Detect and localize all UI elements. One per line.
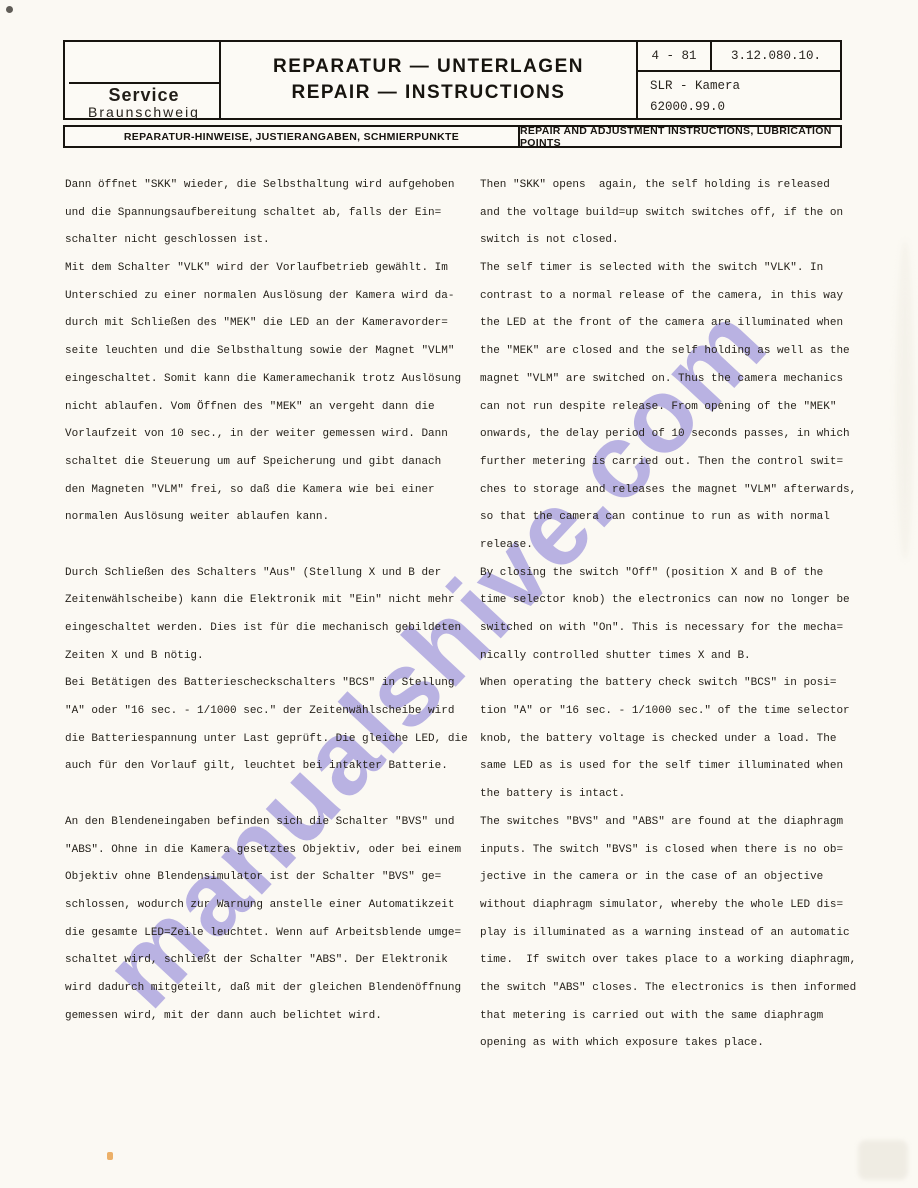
text-line: durch mit Schließen des "MEK" die LED an… bbox=[65, 310, 471, 338]
text-line: nicht ablaufen. Vom Öffnen des "MEK" an … bbox=[65, 394, 471, 422]
text-line: The self timer is selected with the swit… bbox=[480, 255, 886, 283]
text-line: Unterschied zu einer normalen Auslösung … bbox=[65, 283, 471, 311]
subheader-german: REPARATUR-HINWEISE, JUSTIERANGABEN, SCHM… bbox=[65, 127, 520, 146]
service-label: Service bbox=[69, 86, 219, 105]
text-line: same LED as is used for the self timer i… bbox=[480, 753, 886, 781]
text-line: play is illuminated as a warning instead… bbox=[480, 920, 886, 948]
product-name: SLR - Kamera bbox=[650, 76, 840, 97]
product-info: SLR - Kamera 62000.99.0 bbox=[638, 72, 840, 118]
text-line: seite leuchten und die Selbsthaltung sow… bbox=[65, 338, 471, 366]
text-line bbox=[65, 781, 471, 809]
text-line: An den Blendeneingaben befinden sich die… bbox=[65, 809, 471, 837]
text-line: contrast to a normal release of the came… bbox=[480, 283, 886, 311]
text-line: schaltet wird, schließt der Schalter "AB… bbox=[65, 947, 471, 975]
text-line: Durch Schließen des Schalters "Aus" (Ste… bbox=[65, 560, 471, 588]
document-header-table: Service Braunschweig REPARATUR — UNTERLA… bbox=[63, 40, 842, 120]
text-line: inputs. The switch "BVS" is closed when … bbox=[480, 837, 886, 865]
text-line: the battery is intact. bbox=[480, 781, 886, 809]
text-line: Zeiten X und B nötig. bbox=[65, 643, 471, 671]
text-line: wird dadurch mitgeteilt, daß mit der gle… bbox=[65, 975, 471, 1003]
document-date: 4 - 81 bbox=[638, 42, 712, 70]
codes-cell: 4 - 81 3.12.080.10. SLR - Kamera 62000.9… bbox=[638, 42, 840, 118]
document-number: 3.12.080.10. bbox=[712, 42, 840, 70]
service-location: Braunschweig bbox=[69, 105, 219, 120]
text-line: Then "SKK" opens again, the self holding… bbox=[480, 172, 886, 200]
text-line: opening as with which exposure takes pla… bbox=[480, 1030, 886, 1058]
text-line: "A" oder "16 sec. - 1/1000 sec." der Zei… bbox=[65, 698, 471, 726]
scan-artifact bbox=[896, 240, 914, 560]
german-text-column: Dann öffnet "SKK" wieder, die Selbsthalt… bbox=[65, 172, 471, 1030]
text-line: schalter nicht geschlossen ist. bbox=[65, 227, 471, 255]
text-line: that metering is carried out with the sa… bbox=[480, 1003, 886, 1031]
text-line: The switches "BVS" and "ABS" are found a… bbox=[480, 809, 886, 837]
text-line: eingeschaltet werden. Dies ist für die m… bbox=[65, 615, 471, 643]
text-line: nically controlled shutter times X and B… bbox=[480, 643, 886, 671]
title-cell: REPARATUR — UNTERLAGEN REPAIR — INSTRUCT… bbox=[221, 42, 638, 118]
text-line: die gesamte LED=Zeile leuchtet. Wenn auf… bbox=[65, 920, 471, 948]
text-line bbox=[65, 532, 471, 560]
text-line: Vorlaufzeit von 10 sec., in der weiter g… bbox=[65, 421, 471, 449]
scanned-document-page: { "header": { "service_line1": "Service"… bbox=[0, 0, 918, 1188]
text-line: the switch "ABS" closes. The electronics… bbox=[480, 975, 886, 1003]
service-box: Service Braunschweig bbox=[69, 82, 219, 118]
text-line: normalen Auslösung weiter ablaufen kann. bbox=[65, 504, 471, 532]
text-line: onwards, the delay period of 10 seconds … bbox=[480, 421, 886, 449]
product-code: 62000.99.0 bbox=[650, 97, 840, 118]
subheader-band: REPARATUR-HINWEISE, JUSTIERANGABEN, SCHM… bbox=[63, 125, 842, 148]
text-line: the "MEK" are closed and the self holdin… bbox=[480, 338, 886, 366]
text-line: eingeschaltet. Somit kann die Kameramech… bbox=[65, 366, 471, 394]
text-line: den Magneten "VLM" frei, so daß die Kame… bbox=[65, 477, 471, 505]
text-line: schaltet die Steuerung um auf Speicherun… bbox=[65, 449, 471, 477]
text-line: Dann öffnet "SKK" wieder, die Selbsthalt… bbox=[65, 172, 471, 200]
text-line: "ABS". Ohne in die Kamera gesetztes Obje… bbox=[65, 837, 471, 865]
text-line: without diaphragm simulator, whereby the… bbox=[480, 892, 886, 920]
text-line: further metering is carried out. Then th… bbox=[480, 449, 886, 477]
text-line: Zeitenwählscheibe) kann die Elektronik m… bbox=[65, 587, 471, 615]
text-line: tion "A" or "16 sec. - 1/1000 sec." of t… bbox=[480, 698, 886, 726]
text-line: ches to storage and releases the magnet … bbox=[480, 477, 886, 505]
document-title-german: REPARATUR — UNTERLAGEN bbox=[273, 56, 584, 78]
scan-artifact bbox=[858, 1140, 908, 1180]
scan-artifact bbox=[6, 6, 13, 13]
text-line: can not run despite release. From openin… bbox=[480, 394, 886, 422]
subheader-english: REPAIR AND ADJUSTMENT INSTRUCTIONS, LUBR… bbox=[520, 127, 840, 146]
document-title-english: REPAIR — INSTRUCTIONS bbox=[292, 82, 566, 104]
text-line: the LED at the front of the camera are i… bbox=[480, 310, 886, 338]
text-line: By closing the switch "Off" (position X … bbox=[480, 560, 886, 588]
service-cell: Service Braunschweig bbox=[65, 42, 221, 118]
text-line: die Batteriespannung unter Last geprüft.… bbox=[65, 726, 471, 754]
text-line: so that the camera can continue to run a… bbox=[480, 504, 886, 532]
text-line: When operating the battery check switch … bbox=[480, 670, 886, 698]
text-line: schlossen, wodurch zur Warnung anstelle … bbox=[65, 892, 471, 920]
text-line: und die Spannungsaufbereitung schaltet a… bbox=[65, 200, 471, 228]
codes-top-row: 4 - 81 3.12.080.10. bbox=[638, 42, 840, 72]
text-line: and the voltage build=up switch switches… bbox=[480, 200, 886, 228]
text-line: Objektiv ohne Blendensimulator ist der S… bbox=[65, 864, 471, 892]
english-text-column: Then "SKK" opens again, the self holding… bbox=[480, 172, 886, 1058]
text-line: switched on with "On". This is necessary… bbox=[480, 615, 886, 643]
text-line: Mit dem Schalter "VLK" wird der Vorlaufb… bbox=[65, 255, 471, 283]
text-line: gemessen wird, mit der dann auch belicht… bbox=[65, 1003, 471, 1031]
text-line: time selector knob) the electronics can … bbox=[480, 587, 886, 615]
text-line: auch für den Vorlauf gilt, leuchtet bei … bbox=[65, 753, 471, 781]
text-line: magnet "VLM" are switched on. Thus the c… bbox=[480, 366, 886, 394]
scan-artifact bbox=[107, 1152, 113, 1160]
text-line: release. bbox=[480, 532, 886, 560]
text-line: Bei Betätigen des Batteriescheckschalter… bbox=[65, 670, 471, 698]
text-line: switch is not closed. bbox=[480, 227, 886, 255]
text-line: jective in the camera or in the case of … bbox=[480, 864, 886, 892]
text-line: time. If switch over takes place to a wo… bbox=[480, 947, 886, 975]
text-line: knob, the battery voltage is checked und… bbox=[480, 726, 886, 754]
